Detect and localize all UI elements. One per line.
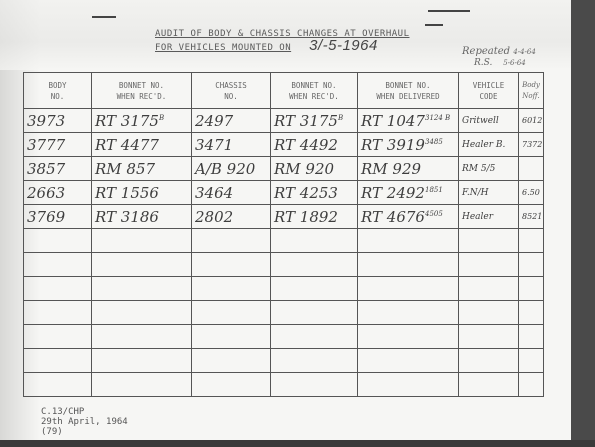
empty-cell (459, 253, 519, 277)
empty-cell (519, 277, 544, 301)
empty-cell (271, 301, 358, 325)
empty-cell (358, 349, 459, 373)
cell-text: RT 4253 (274, 184, 338, 202)
empty-cell (459, 349, 519, 373)
document-page: AUDIT OF BODY & CHASSIS CHANGES AT OVERH… (0, 0, 571, 443)
header-line: Noff. (522, 92, 540, 100)
cell-body-noff: 6012 (519, 109, 544, 133)
header-line: Body (522, 81, 540, 89)
empty-cell (192, 301, 271, 325)
empty-cell (24, 253, 92, 277)
empty-cell (459, 301, 519, 325)
cell-sup: 3485 (425, 138, 443, 146)
empty-cell (459, 229, 519, 253)
cell-text: RT 4492 (274, 136, 338, 154)
cell-text: RT 1892 (274, 208, 338, 226)
empty-cell (192, 229, 271, 253)
cell-bonnet-delivered: RM 929 (358, 157, 459, 181)
cell-bonnet-recd: RT 3186 (92, 205, 192, 229)
cell-chassis: A/B 920 (192, 157, 271, 181)
empty-row (24, 253, 544, 277)
margin-note-initials-text: R.S. (474, 58, 492, 68)
cell-bonnet-recd: RT 1556 (92, 181, 192, 205)
margin-note-date: 4-4-64 (513, 48, 536, 56)
cell-bonnet-recd-2: RM 920 (271, 157, 358, 181)
cell-text: RT 4477 (95, 136, 159, 154)
cell-vehicle-code: Healer B. (459, 133, 519, 157)
empty-cell (519, 373, 544, 397)
cell-text: RT 2492 (361, 184, 425, 202)
cell-chassis: 3464 (192, 181, 271, 205)
footer-code: (79) (41, 427, 128, 437)
title-line-2-text: FOR VEHICLES MOUNTED ON (155, 43, 291, 53)
scan-mark (92, 16, 116, 18)
cell-bonnet-recd-2: RT 1892 (271, 205, 358, 229)
cell-bonnet-delivered: RT 24921851 (358, 181, 459, 205)
cell-body-noff: 7372 (519, 133, 544, 157)
header-line: NO. (224, 92, 238, 101)
empty-cell (271, 277, 358, 301)
empty-cell (24, 325, 92, 349)
header-line: VEHICLE (473, 81, 505, 90)
cell-text: RT 1047 (361, 112, 425, 130)
footer-ref: C.13/CHP (41, 407, 128, 417)
cell-bonnet-delivered: RT 39193485 (358, 133, 459, 157)
empty-cell (24, 373, 92, 397)
cell-text: RT 4676 (361, 208, 425, 226)
empty-cell (358, 301, 459, 325)
empty-cell (459, 325, 519, 349)
empty-cell (92, 301, 192, 325)
empty-cell (358, 325, 459, 349)
cell-text: RM 929 (361, 160, 421, 178)
cell-sup: 4505 (425, 210, 443, 218)
cell-body: 3777 (24, 133, 92, 157)
empty-cell (92, 325, 192, 349)
margin-note-text: Repeated (462, 46, 510, 57)
header-bonnet-recd-2: BONNET NO.WHEN REC'D. (271, 73, 358, 109)
header-body-noff: BodyNoff. (519, 73, 544, 109)
empty-row (24, 229, 544, 253)
margin-note-repeated: Repeated 4-4-64 (462, 46, 536, 57)
cell-bonnet-recd-2: RT 4492 (271, 133, 358, 157)
header-line: BONNET NO. (291, 81, 336, 90)
cell-text: RT 1556 (95, 184, 159, 202)
cell-chassis: 2802 (192, 205, 271, 229)
document-title: AUDIT OF BODY & CHASSIS CHANGES AT OVERH… (155, 28, 410, 54)
empty-cell (192, 373, 271, 397)
cell-vehicle-code: F.N/H (459, 181, 519, 205)
empty-row (24, 325, 544, 349)
empty-cell (24, 277, 92, 301)
cell-bonnet-recd-2: RT 4253 (271, 181, 358, 205)
header-line: WHEN DELIVERED (376, 92, 439, 101)
empty-cell (192, 253, 271, 277)
header-bonnet-recd: BONNET NO.WHEN REC'D. (92, 73, 192, 109)
margin-note-initials: R.S. 5-6-64 (474, 58, 526, 68)
cell-sup: 1851 (425, 186, 443, 194)
empty-row (24, 301, 544, 325)
scan-mark (428, 10, 470, 12)
empty-cell (271, 229, 358, 253)
header-body-no: BODYNO. (24, 73, 92, 109)
header-chassis-no: CHASSISNO. (192, 73, 271, 109)
empty-cell (192, 277, 271, 301)
header-line: CODE (479, 92, 497, 101)
empty-cell (24, 349, 92, 373)
cell-body: 2663 (24, 181, 92, 205)
cell-text: RT 3175 (95, 112, 159, 130)
header-line: WHEN REC'D. (117, 92, 167, 101)
cell-bonnet-recd: RM 857 (92, 157, 192, 181)
empty-row (24, 373, 544, 397)
cell-vehicle-code: RM 5/5 (459, 157, 519, 181)
cell-body-noff: 8521 (519, 205, 544, 229)
empty-cell (271, 253, 358, 277)
footer-date: 29th April, 1964 (41, 417, 128, 427)
cell-bonnet-delivered: RT 10473124 B (358, 109, 459, 133)
handwritten-date: 3/-5-1964 (309, 40, 378, 52)
cell-body-noff: 6.50 (519, 181, 544, 205)
scan-mark (425, 24, 443, 26)
empty-cell (271, 349, 358, 373)
header-line: CHASSIS (215, 81, 247, 90)
header-line: WHEN REC'D. (289, 92, 339, 101)
header-line: BONNET NO. (119, 81, 164, 90)
header-line: BONNET NO. (385, 81, 430, 90)
empty-cell (271, 325, 358, 349)
empty-cell (358, 277, 459, 301)
table-row: 3769 RT 3186 2802 RT 1892 RT 46764505 He… (24, 205, 544, 229)
cell-sup: B (159, 114, 164, 122)
cell-vehicle-code: Gritwell (459, 109, 519, 133)
table-row: 3777 RT 4477 3471 RT 4492 RT 39193485 He… (24, 133, 544, 157)
cell-sup: 3124 B (425, 114, 450, 122)
empty-cell (519, 253, 544, 277)
cell-chassis: 3471 (192, 133, 271, 157)
cell-body: 3769 (24, 205, 92, 229)
cell-sup: B (338, 114, 343, 122)
table-row: 3973 RT 3175B 2497 RT 3175B RT 10473124 … (24, 109, 544, 133)
cell-bonnet-delivered: RT 46764505 (358, 205, 459, 229)
empty-cell (24, 229, 92, 253)
empty-cell (459, 373, 519, 397)
cell-text: RT 3919 (361, 136, 425, 154)
header-line: NO. (51, 92, 65, 101)
empty-cell (92, 229, 192, 253)
empty-cell (519, 229, 544, 253)
document-footer: C.13/CHP 29th April, 1964 (79) (41, 407, 128, 437)
cell-text: RT 3175 (274, 112, 338, 130)
table-row: 2663 RT 1556 3464 RT 4253 RT 24921851 F.… (24, 181, 544, 205)
empty-row (24, 277, 544, 301)
cell-bonnet-recd-2: RT 3175B (271, 109, 358, 133)
cell-body: 3857 (24, 157, 92, 181)
header-bonnet-delivered: BONNET NO.WHEN DELIVERED (358, 73, 459, 109)
cell-bonnet-recd: RT 4477 (92, 133, 192, 157)
empty-row (24, 349, 544, 373)
empty-cell (459, 277, 519, 301)
empty-cell (271, 373, 358, 397)
empty-cell (92, 277, 192, 301)
empty-cell (92, 373, 192, 397)
empty-cell (192, 349, 271, 373)
cell-chassis: 2497 (192, 109, 271, 133)
table-header-row: BODYNO. BONNET NO.WHEN REC'D. CHASSISNO.… (24, 73, 544, 109)
margin-note-date-2: 5-6-64 (503, 59, 526, 67)
empty-cell (358, 253, 459, 277)
empty-cell (92, 253, 192, 277)
empty-cell (24, 301, 92, 325)
cell-text: RM 920 (274, 160, 334, 178)
header-vehicle-code: VEHICLECODE (459, 73, 519, 109)
title-line-2: FOR VEHICLES MOUNTED ON3/-5-1964 (155, 40, 410, 54)
header-line: BODY (48, 81, 66, 90)
empty-cell (358, 229, 459, 253)
cell-text: RM 857 (95, 160, 155, 178)
empty-cell (519, 349, 544, 373)
table-row: 3857 RM 857 A/B 920 RM 920 RM 929 RM 5/5 (24, 157, 544, 181)
empty-cell (519, 325, 544, 349)
scan-border-bottom (0, 440, 595, 447)
cell-body: 3973 (24, 109, 92, 133)
empty-cell (519, 301, 544, 325)
empty-cell (358, 373, 459, 397)
cell-vehicle-code: Healer (459, 205, 519, 229)
changes-table: BODYNO. BONNET NO.WHEN REC'D. CHASSISNO.… (23, 72, 544, 397)
cell-body-noff (519, 157, 544, 181)
cell-bonnet-recd: RT 3175B (92, 109, 192, 133)
empty-cell (192, 325, 271, 349)
empty-cell (92, 349, 192, 373)
cell-text: RT 3186 (95, 208, 159, 226)
